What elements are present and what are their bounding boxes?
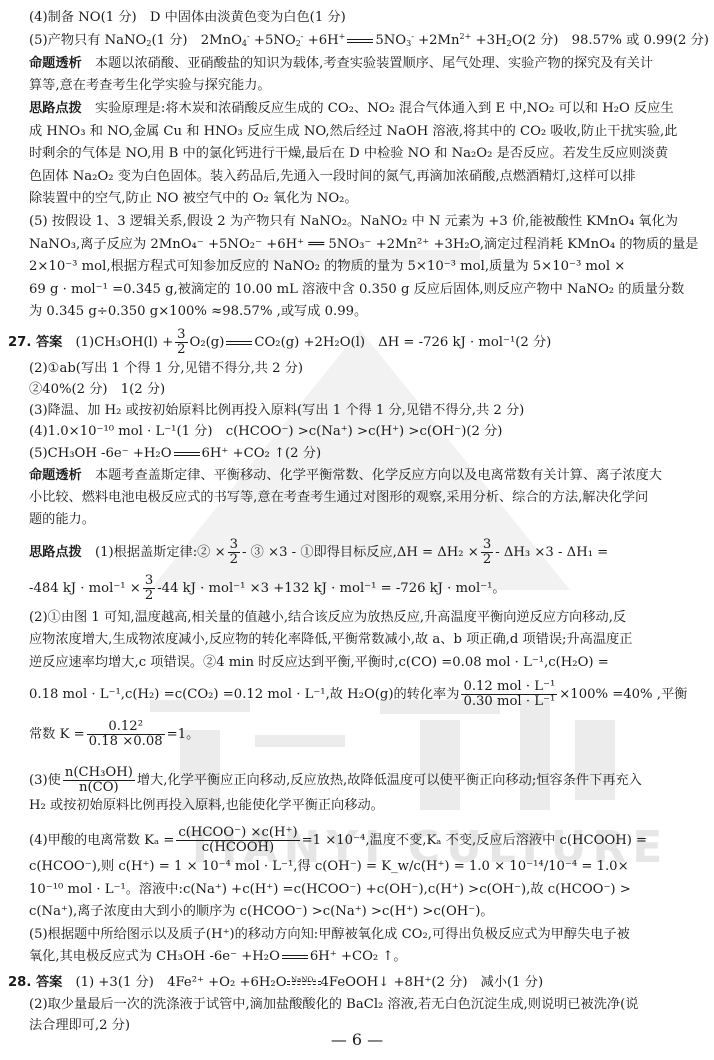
section-label: 命题透析 [29,56,82,71]
question-number: 27. 答案 [8,335,62,350]
text-line: 题的能力。 [29,510,686,532]
text-line: (4)1.0×10⁻¹⁰ mol · L⁻¹(1 分) c(HCOO⁻) >c(… [29,422,686,444]
equals-sign [174,452,200,456]
text-line: -484 kJ · mol⁻¹ ×32-44 kJ · mol⁻¹ ×3 +13… [29,574,686,596]
text-line: 小比较、燃料电池电极反应式的书写等,意在考查考生通过对图形的观察,采用分析、综合… [29,488,686,510]
equals-sign [226,341,252,345]
fraction: 32 [143,574,155,603]
fraction: 0.12²0.18 ×0.08 [87,720,165,749]
fraction: n(CH₃OH)n(CO) [63,766,135,795]
text-line: (5)产物只有 NaNO2(1 分) 2MnO4- +5NO2- +6H+5NO… [29,31,686,53]
text-line: 成 HNO₃ 和 NO,金属 Cu 和 HNO₃ 反应生成 NO,然后经过 Na… [29,122,686,144]
text-line: 法合理即可,2 分) [29,1016,686,1038]
text-line: H₂ 或按初始原料比例再投入原料,也能使化学平衡正向移动。 [29,796,686,818]
equals-sign [347,39,373,43]
text-line: (5) 按假设 1、3 逻辑关系,假设 2 为产物只有 NaNO₂。NaNO₂ … [29,212,686,234]
question-28-answer: 28. 答案 (1) +3(1 分) 4Fe²⁺ +O₂ +6H₂ONaNO₂4… [8,973,686,995]
fraction: 32 [228,538,240,567]
text-line: NaNO₃,离子反应为 2MnO₄⁻ +5NO₂⁻ +6H⁺ ══ 5NO₃⁻ … [29,235,686,257]
text-line: c(HCOO⁻),则 c(H⁺) = 1 × 10⁻⁴ mol · L⁻¹,得 … [29,857,686,879]
text-line: (3)降温、加 H₂ 或按初始原料比例再投入原料(写出 1 个得 1 分,见错不… [29,401,686,423]
text-line: 2×10⁻³ mol,根据方程式可知参加反应的 NaNO₂ 的物质的量为 5×1… [29,257,686,279]
text-line: 除装置中的空气,防止 NO 被空气中的 O₂ 氧化为 NO₂。 [29,189,686,211]
text-line: 常数 K =0.12²0.18 ×0.08=1。 [29,720,686,742]
text-line: 逆反应速率均增大,c 项错误。②4 min 时反应达到平衡,平衡时,c(CO) … [29,653,686,675]
text-line: 思路点拨 实验原理是:将木炭和浓硝酸反应生成的 CO₂、NO₂ 混合气体通入到 … [29,99,686,121]
text-line: 10⁻¹⁰ mol · L⁻¹。溶液中:c(Na⁺) +c(H⁺) =c(HCO… [29,880,686,902]
text-line: (4)制备 NO(1 分) D 中固体由淡黄色变为白色(1 分) [29,8,686,30]
text-line: 应物浓度增大,生成物浓度减小,反应物的转化率降低,平衡常数减小,故 a、b 项正… [29,630,686,652]
fraction: 32 [175,328,187,357]
section-label: 思路点拨 [29,101,82,116]
text-line: 算等,意在考查考生化学实验与探究能力。 [29,76,686,98]
fraction: 32 [481,538,493,567]
text-line: (5)CH₃OH -6e⁻ +H₂O6H⁺ +CO₂ ↑(2 分) [29,444,686,466]
text-line: 氧化,其电极反应式为 CH₃OH -6e⁻ +H₂O6H⁺ +CO₂ ↑。 [29,947,686,969]
equals-with-condition: NaNO₂ [287,981,321,985]
text-line: (2)①ab(写出 1 个得 1 分,见错不得分,共 2 分) [29,359,686,381]
text-line: (4)甲酸的电离常数 Kₐ =c(HCOO⁻) ×c(H⁺)c(HCOOH)=1… [29,826,686,848]
fraction: c(HCOO⁻) ×c(H⁺)c(HCOOH) [176,826,299,855]
text-line: 0.18 mol · L⁻¹,c(H₂) =c(CO₂) =0.12 mol ·… [29,680,686,702]
text-line: 色固体 Na₂O₂ 变为白色固体。装入药品后,先通入一段时间的氮气,再滴加浓硝酸… [29,167,686,189]
section-label: 命题透析 [29,468,82,483]
text-line: 思路点拨 (1)根据盖斯定律:② ×32- ③ ×3 - ①即得目标反应,ΔH … [29,538,686,560]
fraction: 0.12 mol · L⁻¹0.30 mol · L⁻¹ [461,680,557,709]
question-number: 28. 答案 [8,975,62,990]
question-27-answer: 27. 答案 (1)CH₃OH(l) +32O₂(g)CO₂(g) +2H₂O(… [8,328,686,350]
text-line: ②40%(2 分) 1(2 分) [29,380,686,402]
text-line: 69 g · mol⁻¹ =0.345 g,被滴定的 10.00 mL 溶液中含… [29,280,686,302]
text-line: 命题透析 本题考查盖斯定律、平衡移动、化学平衡常数、化学反应方向以及电离常数有关… [29,466,686,488]
text-line: 命题透析 本题以浓硝酸、亚硝酸盐的知识为载体,考查实验装置顺序、尾气处理、实验产… [29,54,686,76]
watermark-shape [520,700,550,810]
text-line: (3)使n(CH₃OH)n(CO)增大,化学平衡应正向移动,反应放热,故降低温度… [29,766,686,788]
text-line: (2)取少量最后一次的洗涤液于试管中,滴加盐酸酸化的 BaCl₂ 溶液,若无白色… [29,995,686,1017]
text-line: (2)①由图 1 可知,温度越高,相关量的值越小,结合该反应为放热反应,升高温度… [29,608,686,630]
text-line: (5)根据题中所给图示以及质子(H⁺)的移动方向知:甲醇被氧化成 CO₂,可得出… [29,925,686,947]
section-label: 思路点拨 [29,545,82,560]
text-line: 为 0.345 g÷0.350 g×100% ≈98.57% ,或写成 0.99… [29,302,686,324]
text-line: c(Na⁺),离子浓度由大到小的顺序为 c(HCOO⁻) >c(Na⁺) >c(… [29,902,686,924]
equals-sign [282,955,308,959]
text-line: 时剩余的气体是 NO,用 B 中的氯化钙进行干燥,最后在 D 中检验 NO 和 … [29,144,686,166]
